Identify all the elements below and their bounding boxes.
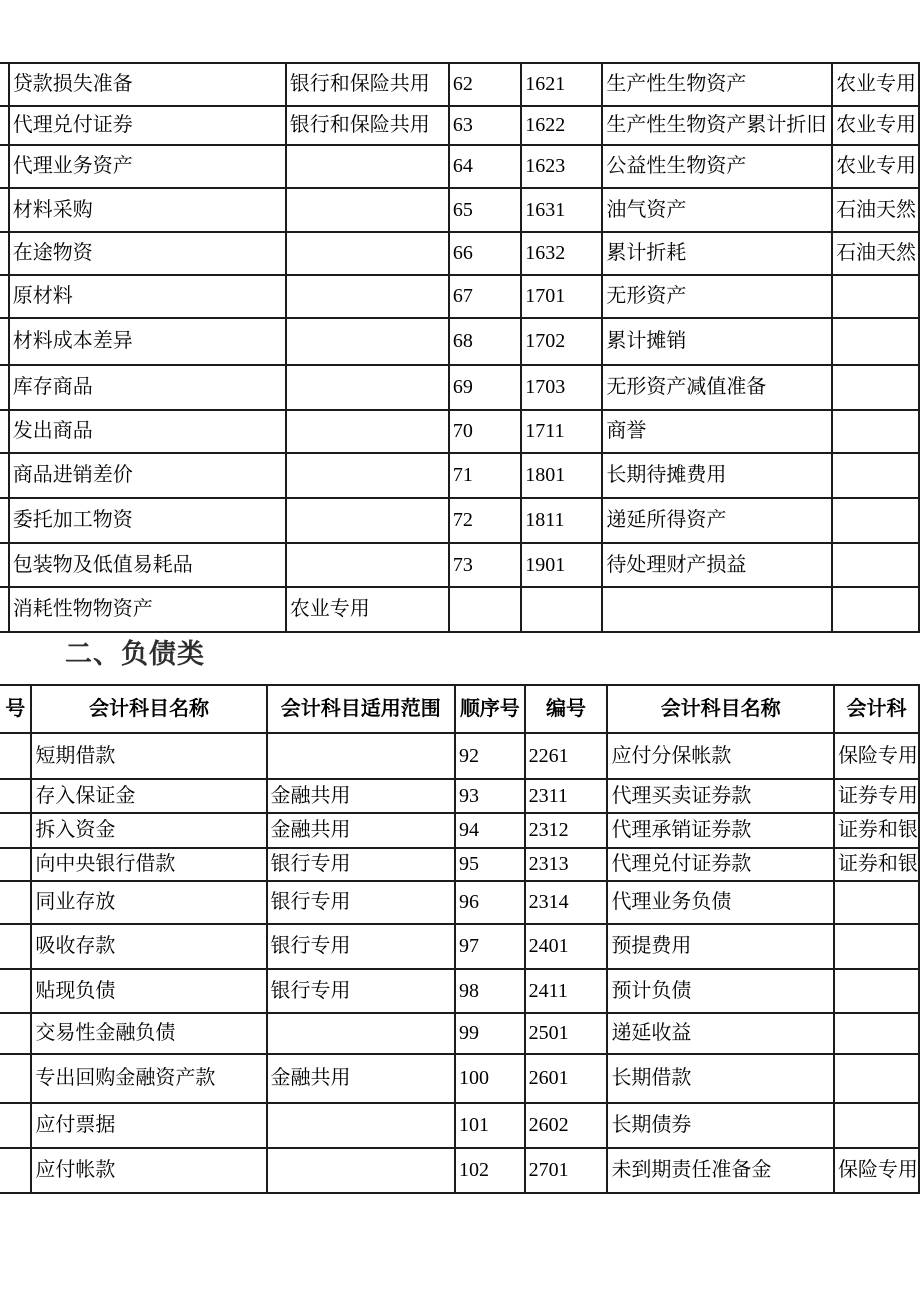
cell-account-code: 2501 [525, 1013, 608, 1054]
cell-account-name: 应付帐款 [31, 1148, 266, 1193]
cell-sequence-number: 100 [455, 1054, 525, 1103]
cell-account-scope: 金融共用 [267, 1054, 455, 1103]
cell-account-code: 2312 [525, 813, 608, 848]
cell-sequence-number: 63 [449, 106, 521, 145]
cell-account-name: 包装物及低值易耗品 [9, 543, 286, 587]
cell-row-index [0, 1054, 31, 1103]
cell-row-index [0, 1013, 31, 1054]
table-row: 库存商品691703无形资产减值准备 [0, 365, 919, 410]
cell-account-code: 1901 [521, 543, 602, 587]
column-header-account-name: 会计科目名称 [31, 685, 266, 733]
cell-account-scope [286, 318, 449, 365]
cell-account-scope: 石油天然 [832, 188, 919, 232]
cell-row-index [0, 365, 9, 410]
cell-account-name: 商誉 [602, 410, 832, 453]
table-row: 吸收存款银行专用972401预提费用 [0, 924, 919, 969]
cell-account-code: 2601 [525, 1054, 608, 1103]
table-row: 在途物资661632累计折耗石油天然 [0, 232, 919, 275]
cell-sequence-number: 70 [449, 410, 521, 453]
cell-account-name: 无形资产减值准备 [602, 365, 832, 410]
cell-account-scope: 保险专用 [834, 733, 919, 779]
cell-account-name: 商品进销差价 [9, 453, 286, 498]
cell-account-scope: 证券和银 [834, 813, 919, 848]
cell-account-scope [834, 881, 919, 924]
cell-sequence-number: 71 [449, 453, 521, 498]
cell-account-code: 1701 [521, 275, 602, 318]
table-row: 代理兑付证券银行和保险共用631622生产性生物资产累计折旧农业专用 [0, 106, 919, 145]
column-header-sequence-number: 顺序号 [455, 685, 525, 733]
table-row: 应付票据1012602长期债券 [0, 1103, 919, 1148]
cell-account-name: 发出商品 [9, 410, 286, 453]
cell-sequence-number: 64 [449, 145, 521, 188]
cell-account-scope [834, 924, 919, 969]
cell-account-name: 公益性生物资产 [602, 145, 832, 188]
cell-row-index [0, 410, 9, 453]
table-row: 原材料671701无形资产 [0, 275, 919, 318]
cell-account-name: 生产性生物资产 [602, 63, 832, 106]
cell-account-scope [267, 1148, 455, 1193]
cell-sequence-number: 99 [455, 1013, 525, 1054]
cell-sequence-number: 93 [455, 779, 525, 813]
cell-account-name [602, 587, 832, 632]
cell-account-scope [832, 543, 919, 587]
cell-account-scope: 石油天然 [832, 232, 919, 275]
cell-account-scope: 银行专用 [267, 969, 455, 1013]
cell-account-scope [286, 453, 449, 498]
cell-account-name: 短期借款 [31, 733, 266, 779]
cell-account-scope: 保险专用 [834, 1148, 919, 1193]
cell-account-name: 吸收存款 [31, 924, 266, 969]
cell-account-name: 应付分保帐款 [607, 733, 834, 779]
cell-sequence-number: 92 [455, 733, 525, 779]
cell-account-scope [286, 188, 449, 232]
cell-row-index [0, 881, 31, 924]
cell-account-name: 材料采购 [9, 188, 286, 232]
cell-account-name: 材料成本差异 [9, 318, 286, 365]
table-row: 材料成本差异681702累计摊销 [0, 318, 919, 365]
cell-row-index [0, 453, 9, 498]
cell-account-scope [832, 365, 919, 410]
document-page: 贷款损失准备银行和保险共用621621生产性生物资产农业专用代理兑付证券银行和保… [0, 0, 920, 1302]
table-row: 同业存放银行专用962314代理业务负债 [0, 881, 919, 924]
cell-sequence-number: 65 [449, 188, 521, 232]
cell-account-code: 2701 [525, 1148, 608, 1193]
cell-row-index [0, 543, 9, 587]
cell-account-scope [267, 1013, 455, 1054]
cell-account-name: 油气资产 [602, 188, 832, 232]
cell-account-scope [834, 969, 919, 1013]
cell-account-scope: 金融共用 [267, 779, 455, 813]
cell-sequence-number: 66 [449, 232, 521, 275]
cell-account-name: 应付票据 [31, 1103, 266, 1148]
cell-account-code: 2401 [525, 924, 608, 969]
cell-account-name: 长期待摊费用 [602, 453, 832, 498]
table-row: 存入保证金金融共用932311代理买卖证券款证券专用 [0, 779, 919, 813]
cell-sequence-number: 73 [449, 543, 521, 587]
cell-account-code: 2602 [525, 1103, 608, 1148]
cell-account-scope: 银行专用 [267, 881, 455, 924]
cell-account-code: 1623 [521, 145, 602, 188]
cell-account-name: 生产性生物资产累计折旧 [602, 106, 832, 145]
cell-account-code: 1621 [521, 63, 602, 106]
cell-account-scope [267, 1103, 455, 1148]
cell-account-scope [834, 1103, 919, 1148]
cell-account-code: 1811 [521, 498, 602, 543]
table-row: 短期借款922261应付分保帐款保险专用 [0, 733, 919, 779]
column-header-account-scope: 会计科目适用范围 [267, 685, 455, 733]
cell-account-scope: 银行和保险共用 [286, 63, 449, 106]
cell-sequence-number: 98 [455, 969, 525, 1013]
cell-sequence-number: 102 [455, 1148, 525, 1193]
liabilities-accounts-table: 号会计科目名称会计科目适用范围顺序号编号会计科目名称会计科短期借款922261应… [0, 684, 920, 1194]
cell-sequence-number: 67 [449, 275, 521, 318]
cell-account-code: 2313 [525, 848, 608, 881]
cell-account-scope: 农业专用 [832, 63, 919, 106]
cell-account-code: 2311 [525, 779, 608, 813]
cell-sequence-number: 94 [455, 813, 525, 848]
cell-sequence-number: 69 [449, 365, 521, 410]
cell-account-scope [267, 733, 455, 779]
cell-sequence-number: 62 [449, 63, 521, 106]
cell-account-name: 同业存放 [31, 881, 266, 924]
cell-account-scope: 银行专用 [267, 848, 455, 881]
section-heading-liabilities: 二、负债类 [65, 638, 205, 672]
cell-account-name: 贷款损失准备 [9, 63, 286, 106]
cell-account-name: 专出回购金融资产款 [31, 1054, 266, 1103]
cell-sequence-number: 101 [455, 1103, 525, 1148]
cell-account-code: 1632 [521, 232, 602, 275]
cell-sequence-number: 96 [455, 881, 525, 924]
cell-account-name: 递延所得资产 [602, 498, 832, 543]
cell-account-scope [286, 275, 449, 318]
cell-row-index [0, 779, 31, 813]
cell-account-name: 消耗性物物资产 [9, 587, 286, 632]
column-header-account-scope: 会计科 [834, 685, 919, 733]
cell-account-scope [286, 232, 449, 275]
cell-account-scope [286, 543, 449, 587]
cell-account-name: 预计负债 [607, 969, 834, 1013]
cell-account-name: 代理承销证券款 [607, 813, 834, 848]
cell-account-name: 库存商品 [9, 365, 286, 410]
cell-row-index [0, 1103, 31, 1148]
table-row: 代理业务资产641623公益性生物资产农业专用 [0, 145, 919, 188]
column-header-account-code: 编号 [525, 685, 608, 733]
cell-row-index [0, 232, 9, 275]
cell-account-name: 累计摊销 [602, 318, 832, 365]
cell-account-scope: 银行和保险共用 [286, 106, 449, 145]
cell-account-scope [832, 498, 919, 543]
cell-sequence-number: 72 [449, 498, 521, 543]
table-row: 专出回购金融资产款金融共用1002601长期借款 [0, 1054, 919, 1103]
cell-account-scope: 农业专用 [832, 106, 919, 145]
cell-account-name: 长期借款 [607, 1054, 834, 1103]
cell-account-name: 无形资产 [602, 275, 832, 318]
table-row: 材料采购651631油气资产石油天然 [0, 188, 919, 232]
cell-account-scope [834, 1054, 919, 1103]
table-row: 委托加工物资721811递延所得资产 [0, 498, 919, 543]
cell-account-code: 1631 [521, 188, 602, 232]
cell-account-scope [832, 318, 919, 365]
cell-sequence-number: 95 [455, 848, 525, 881]
cell-row-index [0, 318, 9, 365]
cell-account-code: 1702 [521, 318, 602, 365]
cell-account-scope: 农业专用 [286, 587, 449, 632]
cell-account-name: 累计折耗 [602, 232, 832, 275]
cell-sequence-number: 68 [449, 318, 521, 365]
cell-account-name: 待处理财产损益 [602, 543, 832, 587]
cell-row-index [0, 188, 9, 232]
cell-account-name: 拆入资金 [31, 813, 266, 848]
header-row: 号会计科目名称会计科目适用范围顺序号编号会计科目名称会计科 [0, 685, 919, 733]
cell-account-scope [286, 365, 449, 410]
column-header-account-name: 会计科目名称 [607, 685, 834, 733]
column-header-row-index: 号 [0, 685, 31, 733]
cell-account-name: 委托加工物资 [9, 498, 286, 543]
cell-account-name: 向中央银行借款 [31, 848, 266, 881]
cell-account-scope [832, 587, 919, 632]
table-row: 贴现负债银行专用982411预计负债 [0, 969, 919, 1013]
cell-account-scope [286, 410, 449, 453]
assets-accounts-table: 贷款损失准备银行和保险共用621621生产性生物资产农业专用代理兑付证券银行和保… [0, 62, 920, 633]
cell-account-code: 1711 [521, 410, 602, 453]
cell-account-scope: 金融共用 [267, 813, 455, 848]
cell-account-scope: 农业专用 [832, 145, 919, 188]
table-row: 交易性金融负债992501递延收益 [0, 1013, 919, 1054]
cell-account-code [521, 587, 602, 632]
cell-sequence-number: 97 [455, 924, 525, 969]
cell-account-scope: 银行专用 [267, 924, 455, 969]
cell-account-name: 代理买卖证券款 [607, 779, 834, 813]
cell-row-index [0, 969, 31, 1013]
table-row: 发出商品701711商誉 [0, 410, 919, 453]
cell-account-code: 2314 [525, 881, 608, 924]
cell-row-index [0, 813, 31, 848]
cell-account-scope [832, 453, 919, 498]
cell-account-scope [286, 145, 449, 188]
cell-account-name: 贴现负债 [31, 969, 266, 1013]
table-row: 商品进销差价711801长期待摊费用 [0, 453, 919, 498]
cell-account-name: 长期债券 [607, 1103, 834, 1148]
cell-account-code: 2411 [525, 969, 608, 1013]
cell-account-code: 1622 [521, 106, 602, 145]
table-row: 消耗性物物资产农业专用 [0, 587, 919, 632]
cell-row-index [0, 106, 9, 145]
cell-sequence-number [449, 587, 521, 632]
cell-account-name: 代理兑付证券 [9, 106, 286, 145]
cell-account-name: 代理业务负债 [607, 881, 834, 924]
cell-account-code: 2261 [525, 733, 608, 779]
cell-account-scope [832, 410, 919, 453]
cell-account-scope [286, 498, 449, 543]
cell-account-name: 未到期责任准备金 [607, 1148, 834, 1193]
cell-account-name: 代理兑付证券款 [607, 848, 834, 881]
table-row: 应付帐款1022701未到期责任准备金保险专用 [0, 1148, 919, 1193]
cell-row-index [0, 498, 9, 543]
table-row: 向中央银行借款银行专用952313代理兑付证券款证券和银 [0, 848, 919, 881]
cell-account-code: 1703 [521, 365, 602, 410]
cell-row-index [0, 275, 9, 318]
cell-account-name: 递延收益 [607, 1013, 834, 1054]
cell-account-scope: 证券专用 [834, 779, 919, 813]
cell-account-name: 交易性金融负债 [31, 1013, 266, 1054]
cell-account-name: 在途物资 [9, 232, 286, 275]
cell-account-scope [832, 275, 919, 318]
cell-row-index [0, 1148, 31, 1193]
cell-account-name: 存入保证金 [31, 779, 266, 813]
cell-account-scope [834, 1013, 919, 1054]
cell-row-index [0, 924, 31, 969]
cell-row-index [0, 145, 9, 188]
cell-account-scope: 证券和银 [834, 848, 919, 881]
table-row: 拆入资金金融共用942312代理承销证券款证券和银 [0, 813, 919, 848]
table-row: 贷款损失准备银行和保险共用621621生产性生物资产农业专用 [0, 63, 919, 106]
cell-row-index [0, 733, 31, 779]
cell-account-name: 原材料 [9, 275, 286, 318]
cell-account-name: 代理业务资产 [9, 145, 286, 188]
cell-account-name: 预提费用 [607, 924, 834, 969]
cell-row-index [0, 587, 9, 632]
cell-row-index [0, 848, 31, 881]
table-row: 包装物及低值易耗品731901待处理财产损益 [0, 543, 919, 587]
cell-row-index [0, 63, 9, 106]
cell-account-code: 1801 [521, 453, 602, 498]
